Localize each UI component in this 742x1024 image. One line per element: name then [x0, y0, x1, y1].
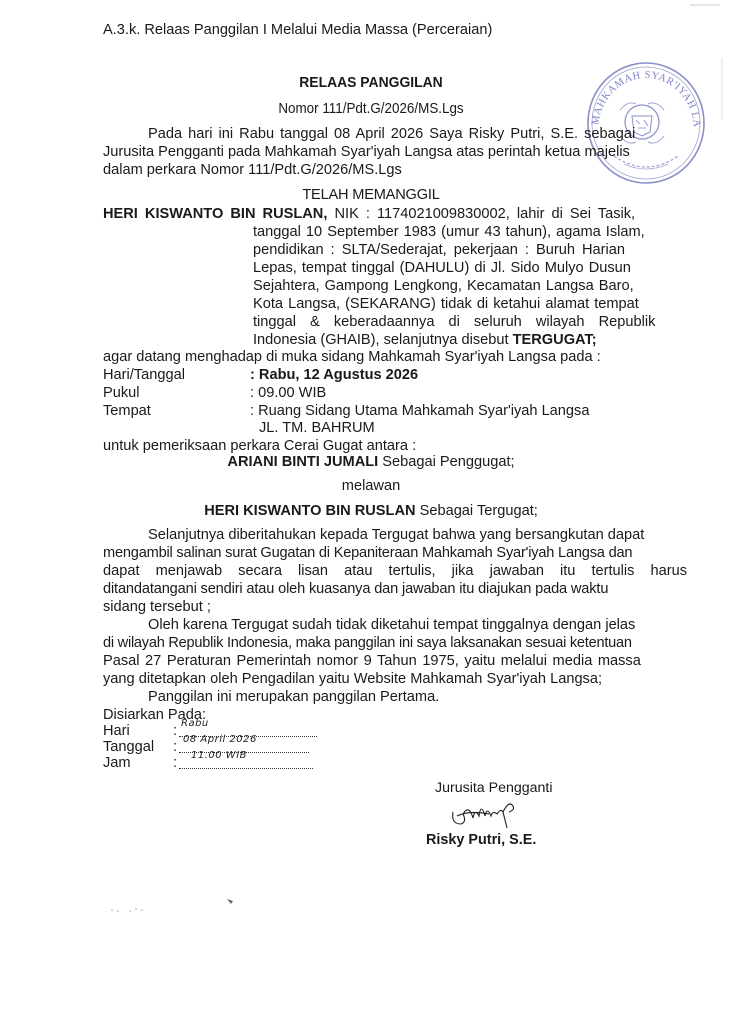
detail-line: Sejahtera, Gampong Lengkong, Kecamatan L… [253, 277, 645, 295]
signature-title: Jurusita Pengganti [435, 780, 575, 796]
hearing-value: : Ruang Sidang Utama Mahkamah Syar'iyah … [250, 402, 589, 420]
detail-line: pendidikan : SLTA/Sederajat, pekerjaan :… [253, 241, 645, 259]
summoned-heading: TELAH MEMANGGIL [0, 187, 742, 203]
defendant-line: HERI KISWANTO BIN RUSLAN Sebagai Terguga… [0, 503, 742, 519]
defendant-name-2: HERI KISWANTO BIN RUSLAN [204, 503, 415, 519]
signer-name: Risky Putri, S.E. [426, 832, 536, 848]
detail-line-last: Indonesia (GHAIB), selanjutnya disebut T… [253, 331, 645, 349]
summoned-first-line: HERI KISWANTO BIN RUSLAN, NIK : 11740210… [103, 205, 643, 223]
case-intro: untuk pemeriksaan perkara Cerai Gugat an… [103, 437, 416, 455]
defendant-details: tanggal 10 September 1983 (umur 43 tahun… [253, 223, 645, 349]
body-paragraph-1: Selanjutnya diberitahukan kepada Terguga… [103, 526, 643, 616]
defendant-nik: NIK : 1174021009830002, lahir di Sei Tas… [334, 206, 635, 222]
plaintiff-line: ARIANI BINTI JUMALI Sebagai Penggugat; [0, 454, 742, 470]
hearing-row-date: Hari/Tanggal : Rabu, 12 Agustus 2026 [103, 366, 643, 384]
body-line: Selanjutnya diberitahukan kepada Terguga… [103, 526, 643, 544]
scan-edge-line [721, 58, 723, 120]
plaintiff-name: ARIANI BINTI JUMALI [227, 454, 378, 470]
defendant-name: HERI KISWANTO BIN RUSLAN, [103, 206, 327, 222]
body-line: Oleh karena Tergugat sudah tidak diketah… [103, 616, 643, 634]
body-paragraph-3: Panggilan ini merupakan panggilan Pertam… [148, 688, 439, 706]
hearing-value: : Rabu, 12 Agustus 2026 [250, 366, 418, 384]
hearing-intro: agar datang menghadap di muka sidang Mah… [103, 348, 601, 366]
detail-line: Kota Langsa, (SEKARANG) tidak di ketahui… [253, 295, 645, 313]
hearing-label: Pukul [103, 384, 140, 402]
hearing-value: : 09.00 WIB [250, 384, 326, 402]
opening-line-3: dalam perkara Nomor 111/Pdt.G/2026/MS.Lg… [103, 161, 625, 179]
hearing-label: Hari/Tanggal [103, 366, 185, 384]
hearing-row-time: Pukul : 09.00 WIB [103, 384, 643, 402]
hearing-label: Tempat [103, 402, 151, 420]
detail-line: tinggal & keberadaannya di seluruh wilay… [253, 313, 645, 331]
versus-label: melawan [0, 478, 742, 494]
signature-block: Jurusita Pengganti Risky Putri, S.E. [435, 780, 575, 796]
document-code: A.3.k. Relaas Panggilan I Melalui Media … [103, 22, 492, 38]
scan-noise [226, 893, 236, 901]
body-paragraph-2: Oleh karena Tergugat sudah tidak diketah… [103, 616, 643, 688]
broadcast-label: Jam [103, 754, 131, 772]
detail-line: tanggal 10 September 1983 (umur 43 tahun… [253, 223, 645, 241]
opening-line-1: Pada hari ini Rabu tanggal 08 April 2026… [103, 125, 625, 143]
detail-line: Lepas, tempat tinggal (DAHULU) di Jl. Si… [253, 259, 645, 277]
body-line: sidang tersebut ; [103, 598, 643, 616]
body-line: mengambil salinan surat Gugatan di Kepan… [103, 544, 643, 562]
broadcast-row-time: Jam : 11.00 WIB [103, 754, 363, 772]
body-line: yang ditetapkan oleh Pengadilan yaitu We… [103, 670, 643, 688]
body-line: di wilayah Republik Indonesia, maka pang… [103, 634, 643, 652]
opening-paragraph: Pada hari ini Rabu tanggal 08 April 2026… [103, 125, 625, 179]
tergugat-label: TERGUGAT; [513, 332, 597, 348]
plaintiff-role: Sebagai Penggugat; [382, 454, 514, 470]
body-line: Pasal 27 Peraturan Pemerintah nomor 9 Ta… [103, 652, 643, 670]
svg-text:MAHKAMAH SYAR'IYAH LANGSA: MAHKAMAH SYAR'IYAH LANGSA [584, 60, 702, 128]
detail-last-prefix: Indonesia (GHAIB), selanjutnya disebut [253, 332, 509, 348]
scan-noise [110, 902, 140, 905]
scan-edge-mark [690, 4, 720, 6]
signature-icon [449, 798, 529, 832]
handwritten-time: 11.00 WIB [191, 747, 247, 765]
broadcast-colon: : [173, 754, 177, 772]
body-line: dapat menjawab secara lisan atau tertuli… [103, 562, 643, 580]
opening-line-2: Jurusita Pengganti pada Mahkamah Syar'iy… [103, 143, 625, 161]
defendant-role: Sebagai Tergugat; [420, 503, 538, 519]
body-line: ditandatangani sendiri atau oleh kuasany… [103, 580, 643, 598]
broadcast-field-time: 11.00 WIB [179, 756, 313, 769]
hearing-row-place: Tempat : Ruang Sidang Utama Mahkamah Sya… [103, 402, 643, 420]
hearing-place-line2: JL. TM. BAHRUM [259, 419, 375, 437]
